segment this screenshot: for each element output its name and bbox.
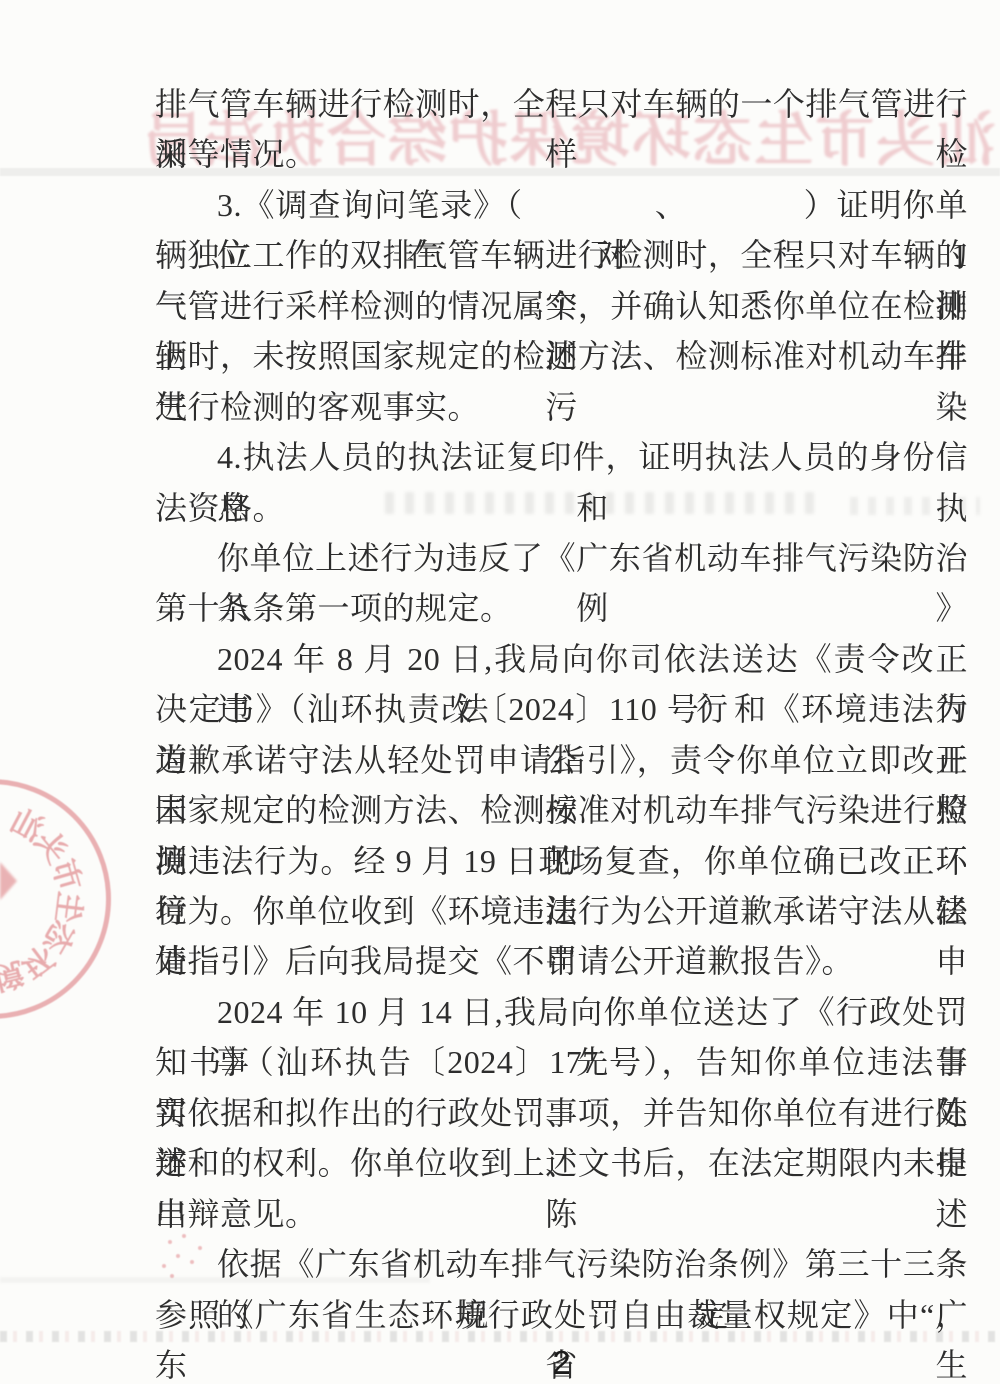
text-line: 依据《广东省机动车排气污染防治条例》第三十三条的规定， — [155, 1239, 968, 1289]
text-line: 行为。你单位收到《环境违法行为公开道歉承诺守法从轻处罚申 — [155, 886, 968, 936]
text-line: 3.《调查询问笔录》（ 、 ）证明你单位在对 1 — [155, 180, 968, 230]
text-line: 辩和的权利。你单位收到上述文书后，在法定期限内未提出陈述 — [155, 1138, 968, 1188]
text-line: 你单位上述行为违反了《广东省机动车排气污染防治条例》 — [155, 533, 968, 583]
text-line: 国家规定的检测方法、检测标准对机动车排气污染进行检测的环 — [155, 785, 968, 835]
text-line: 4.执法人员的执法证复印件，证明执法人员的身份信息和执 — [155, 432, 968, 482]
seal-star-icon — [0, 862, 17, 900]
text-line: 请指引》后向我局提交《不申请公开道歉报告》。 — [155, 936, 968, 986]
text-line: 辆独立工作的双排气管车辆进行检测时，全程只对车辆的一个排 — [155, 230, 968, 280]
text-line: 道歉承诺守法从轻处罚申请指引》，责令你单位立即改正未按照 — [155, 735, 968, 785]
text-line: 排气管车辆进行检测时，全程只对车辆的一个排气管进行采样检 — [155, 79, 968, 129]
text-line: 罚依据和拟作出的行政处罚事项，并告知你单位有进行陈述、申 — [155, 1088, 968, 1138]
page-number: 2 — [155, 1344, 968, 1382]
text-line: 气管进行采样检测的情况属实，并确认知悉你单位在检测上述车 — [155, 281, 968, 331]
text-line: 境违法行为。经 9 月 19 日现场复查，你单位确已改正环境违法 — [155, 836, 968, 886]
text-line: 2024 年 10 月 14 日,我局向你单位送达了《行政处罚事先告 — [155, 987, 968, 1037]
text-line: 知书》（汕环执告〔2024〕177 号），告知你单位违法事实、处 — [155, 1037, 968, 1087]
text-line: 决定书》（汕环执责改〔2024〕110 号）和《环境违法行为公开 — [155, 684, 968, 734]
text-line: 2024 年 8 月 20 日,我局向你司依法送达《责令改正违法行为 — [155, 634, 968, 684]
text-line: 辆时，未按照国家规定的检测方法、检测标准对机动车排气污染 — [155, 331, 968, 381]
text-line: 参照《广东省生态环境行政处罚自由裁量权规定》中“广东省生 — [155, 1290, 968, 1340]
scanned-document-page: 汕头市生态环境保护综合执法局 汕头市生态环境 排气管车辆进行检测时，全程只对车辆… — [0, 0, 1000, 1384]
document-body: 排气管车辆进行检测时，全程只对车辆的一个排气管进行采样检测等情况。3.《调查询问… — [155, 79, 968, 1340]
